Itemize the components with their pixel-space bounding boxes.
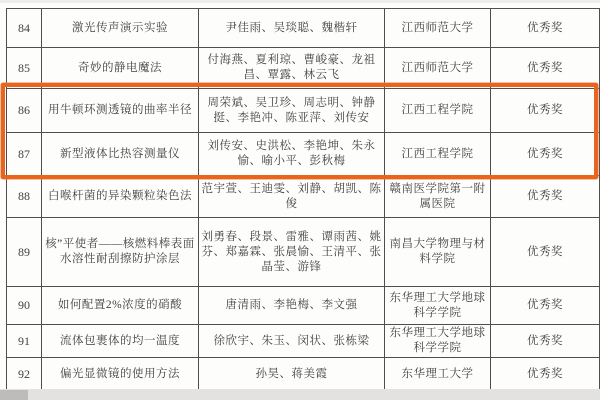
- members-cell: 付海燕、夏利琼、曹峻豪、龙祖昌、覃露、林云飞: [199, 48, 385, 89]
- row-number-cell: 86: [7, 89, 42, 133]
- project-name-cell: 奇妙的静电魔法: [42, 48, 199, 89]
- table-row: 88 白喉杆菌的异染颗粒染色法 范宇萱、王迪雯、刘静、胡凯、陈俊 赣南医学院第一…: [7, 176, 600, 218]
- award-cell: 优秀奖: [491, 358, 600, 392]
- row-number-cell: 92: [7, 358, 42, 392]
- project-name-cell: 新型液体比热容测量仪: [42, 133, 199, 176]
- table-row: 92 偏光显微镜的使用方法 孙昊、蒋美霞 东华理工大学 优秀奖: [7, 358, 600, 392]
- award-table: 84 激光传声演示实验 尹佳雨、吴琰聪、魏楷轩 江西师范大学 优秀奖 85 奇妙…: [6, 8, 600, 392]
- award-cell: 优秀奖: [491, 48, 600, 89]
- table-row: 89 核”平使者——核燃料棒表面水溶性耐刮擦防护涂层 刘勇春、段景、雷雅、谭雨茜…: [7, 218, 600, 287]
- institution-cell: 江西工程学院: [385, 89, 491, 133]
- institution-cell: 江西工程学院: [385, 133, 491, 176]
- award-cell: 优秀奖: [491, 218, 600, 287]
- table-row: 86 用牛顿环测透镜的曲率半径 周荣斌、吴卫珍、周志明、钟静挺、李艳冲、陈亚萍、…: [7, 89, 600, 133]
- row-number-cell: 89: [7, 218, 42, 287]
- project-name-cell: 如何配置2%浓度的硝酸: [42, 287, 199, 325]
- institution-cell: 东华理工大学: [385, 358, 491, 392]
- institution-cell: 赣南医学院第一附属医院: [385, 176, 491, 218]
- members-cell: 刘传安、史洪松、李艳坤、朱永愉、喻小平、彭秋梅: [199, 133, 385, 176]
- row-number-cell: 91: [7, 325, 42, 358]
- institution-cell: 东华理工大学地球科学学院: [385, 287, 491, 325]
- institution-cell: 江西师范大学: [385, 48, 491, 89]
- project-name-cell: 白喉杆菌的异染颗粒染色法: [42, 176, 199, 218]
- award-cell: 优秀奖: [491, 325, 600, 358]
- institution-cell: 东华理工大学地球科学学院: [385, 325, 491, 358]
- members-cell: 孙昊、蒋美霞: [199, 358, 385, 392]
- row-number-cell: 88: [7, 176, 42, 218]
- row-number-cell: 84: [7, 9, 42, 48]
- project-name-cell: 用牛顿环测透镜的曲率半径: [42, 89, 199, 133]
- table-row: 91 流体包裹体的均一温度 徐欣宇、朱玉、闵状、张栋梁 东华理工大学地球科学学院…: [7, 325, 600, 358]
- members-cell: 范宇萱、王迪雯、刘静、胡凯、陈俊: [199, 176, 385, 218]
- row-number-cell: 87: [7, 133, 42, 176]
- members-cell: 尹佳雨、吴琰聪、魏楷轩: [199, 9, 385, 48]
- table-row: 84 激光传声演示实验 尹佳雨、吴琰聪、魏楷轩 江西师范大学 优秀奖: [7, 9, 600, 48]
- award-cell: 优秀奖: [491, 89, 600, 133]
- table-row: 90 如何配置2%浓度的硝酸 唐清雨、李艳梅、李文强 东华理工大学地球科学学院 …: [7, 287, 600, 325]
- institution-cell: 南昌大学物理与材料学院: [385, 218, 491, 287]
- project-name-cell: 偏光显微镜的使用方法: [42, 358, 199, 392]
- page-top-edge: [0, 0, 600, 3]
- members-cell: 徐欣宇、朱玉、闵状、张栋梁: [199, 325, 385, 358]
- award-cell: 优秀奖: [491, 287, 600, 325]
- row-number-cell: 85: [7, 48, 42, 89]
- scanned-award-table-page: 84 激光传声演示实验 尹佳雨、吴琰聪、魏楷轩 江西师范大学 优秀奖 85 奇妙…: [0, 0, 600, 400]
- members-cell: 周荣斌、吴卫珍、周志明、钟静挺、李艳冲、陈亚萍、刘传安: [199, 89, 385, 133]
- award-cell: 优秀奖: [491, 9, 600, 48]
- award-cell: 优秀奖: [491, 176, 600, 218]
- award-cell: 优秀奖: [491, 133, 600, 176]
- project-name-cell: 核”平使者——核燃料棒表面水溶性耐刮擦防护涂层: [42, 218, 199, 287]
- table-row: 87 新型液体比热容测量仪 刘传安、史洪松、李艳坤、朱永愉、喻小平、彭秋梅 江西…: [7, 133, 600, 176]
- project-name-cell: 激光传声演示实验: [42, 9, 199, 48]
- page-bottom-edge: [0, 389, 600, 400]
- table-row: 85 奇妙的静电魔法 付海燕、夏利琼、曹峻豪、龙祖昌、覃露、林云飞 江西师范大学…: [7, 48, 600, 89]
- institution-cell: 江西师范大学: [385, 9, 491, 48]
- project-name-cell: 流体包裹体的均一温度: [42, 325, 199, 358]
- members-cell: 刘勇春、段景、雷雅、谭雨茜、姚芬、郑嘉霖、张晨愉、王清平、张晶莹、游锋: [199, 218, 385, 287]
- members-cell: 唐清雨、李艳梅、李文强: [199, 287, 385, 325]
- row-number-cell: 90: [7, 287, 42, 325]
- page-bottom-corner: [0, 390, 28, 400]
